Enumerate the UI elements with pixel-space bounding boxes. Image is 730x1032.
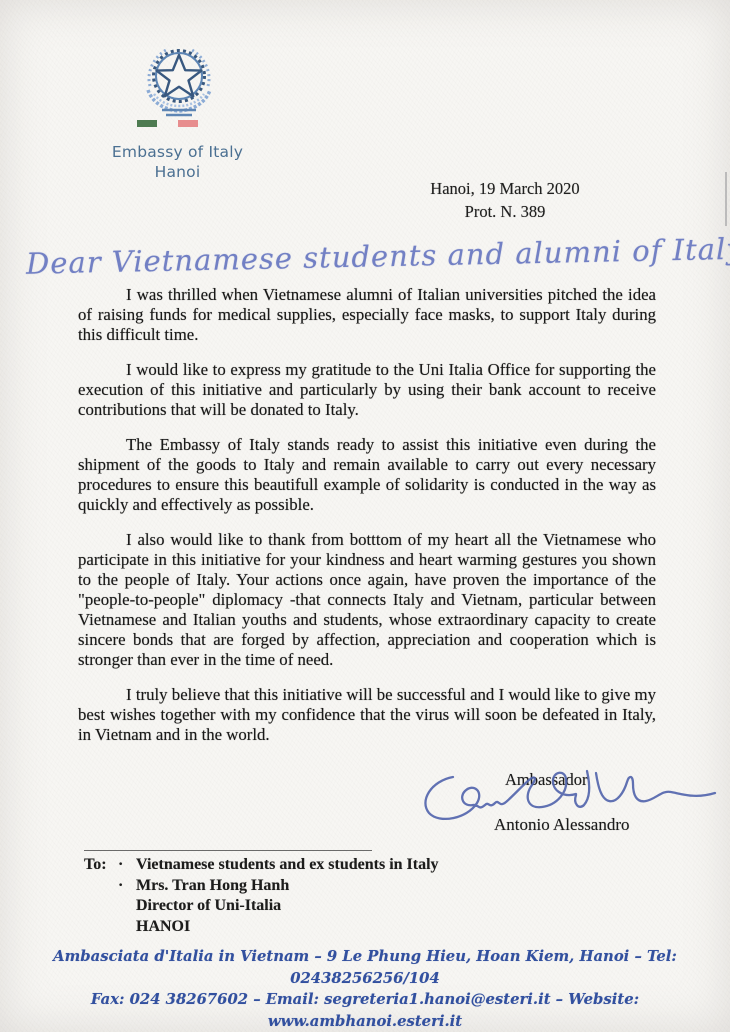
protocol-number: Prot. N. 389	[405, 200, 605, 223]
flag-green-band	[137, 120, 157, 127]
italy-emblem-icon	[136, 38, 222, 124]
embassy-footer: Ambasciata d'Italia in Vietnam – 9 Le Ph…	[40, 946, 690, 1032]
recipient-text: HANOI	[136, 917, 190, 938]
recipient-row: Director of Uni-Italia	[84, 896, 564, 917]
recipients-divider	[84, 850, 372, 851]
handwritten-salutation: Dear Vietnamese students and alumni of I…	[26, 233, 667, 280]
footer-address-line: Ambasciata d'Italia in Vietnam – 9 Le Ph…	[40, 946, 690, 989]
recipient-text: Vietnamese students and ex students in I…	[136, 855, 439, 876]
flag-white-band	[157, 120, 178, 127]
letterhead-city: Hanoi	[75, 162, 280, 182]
letterhead-organization: Embassy of Italy	[75, 142, 280, 162]
recipient-text: Director of Uni-Italia	[136, 896, 281, 917]
flag-red-band	[178, 120, 198, 127]
recipient-row: HANOI	[84, 917, 564, 938]
bullet-icon: ·	[118, 855, 136, 876]
italian-flag-icon	[137, 120, 199, 128]
paragraph-4: I also would like to thank from botttom …	[78, 530, 656, 670]
recipient-row: To: · Vietnamese students and ex student…	[84, 855, 564, 876]
dateline-block: Hanoi, 19 March 2020 Prot. N. 389	[405, 177, 605, 223]
recipient-row: · Mrs. Tran Hong Hanh	[84, 876, 564, 897]
footer-contact-line: Fax: 024 38267602 – Email: segreteria1.h…	[40, 989, 690, 1032]
paragraph-3: The Embassy of Italy stands ready to ass…	[78, 435, 656, 515]
recipients-block: To: · Vietnamese students and ex student…	[84, 855, 564, 937]
bullet-icon: ·	[118, 876, 136, 897]
to-label: To:	[84, 855, 118, 876]
scan-artifact-line	[725, 172, 727, 226]
paragraph-1: I was thrilled when Vietnamese alumni of…	[78, 285, 656, 345]
letter-body: I was thrilled when Vietnamese alumni of…	[78, 285, 656, 760]
recipient-text: Mrs. Tran Hong Hanh	[136, 876, 289, 897]
letterhead: Embassy of Italy Hanoi	[75, 142, 280, 182]
paragraph-5: I truly believe that this initiative wil…	[78, 685, 656, 745]
paragraph-2: I would like to express my gratitude to …	[78, 360, 656, 420]
date-line: Hanoi, 19 March 2020	[405, 177, 605, 200]
handwritten-signature-icon	[415, 763, 730, 845]
scanned-letter-page: Embassy of Italy Hanoi Hanoi, 19 March 2…	[0, 0, 730, 1032]
